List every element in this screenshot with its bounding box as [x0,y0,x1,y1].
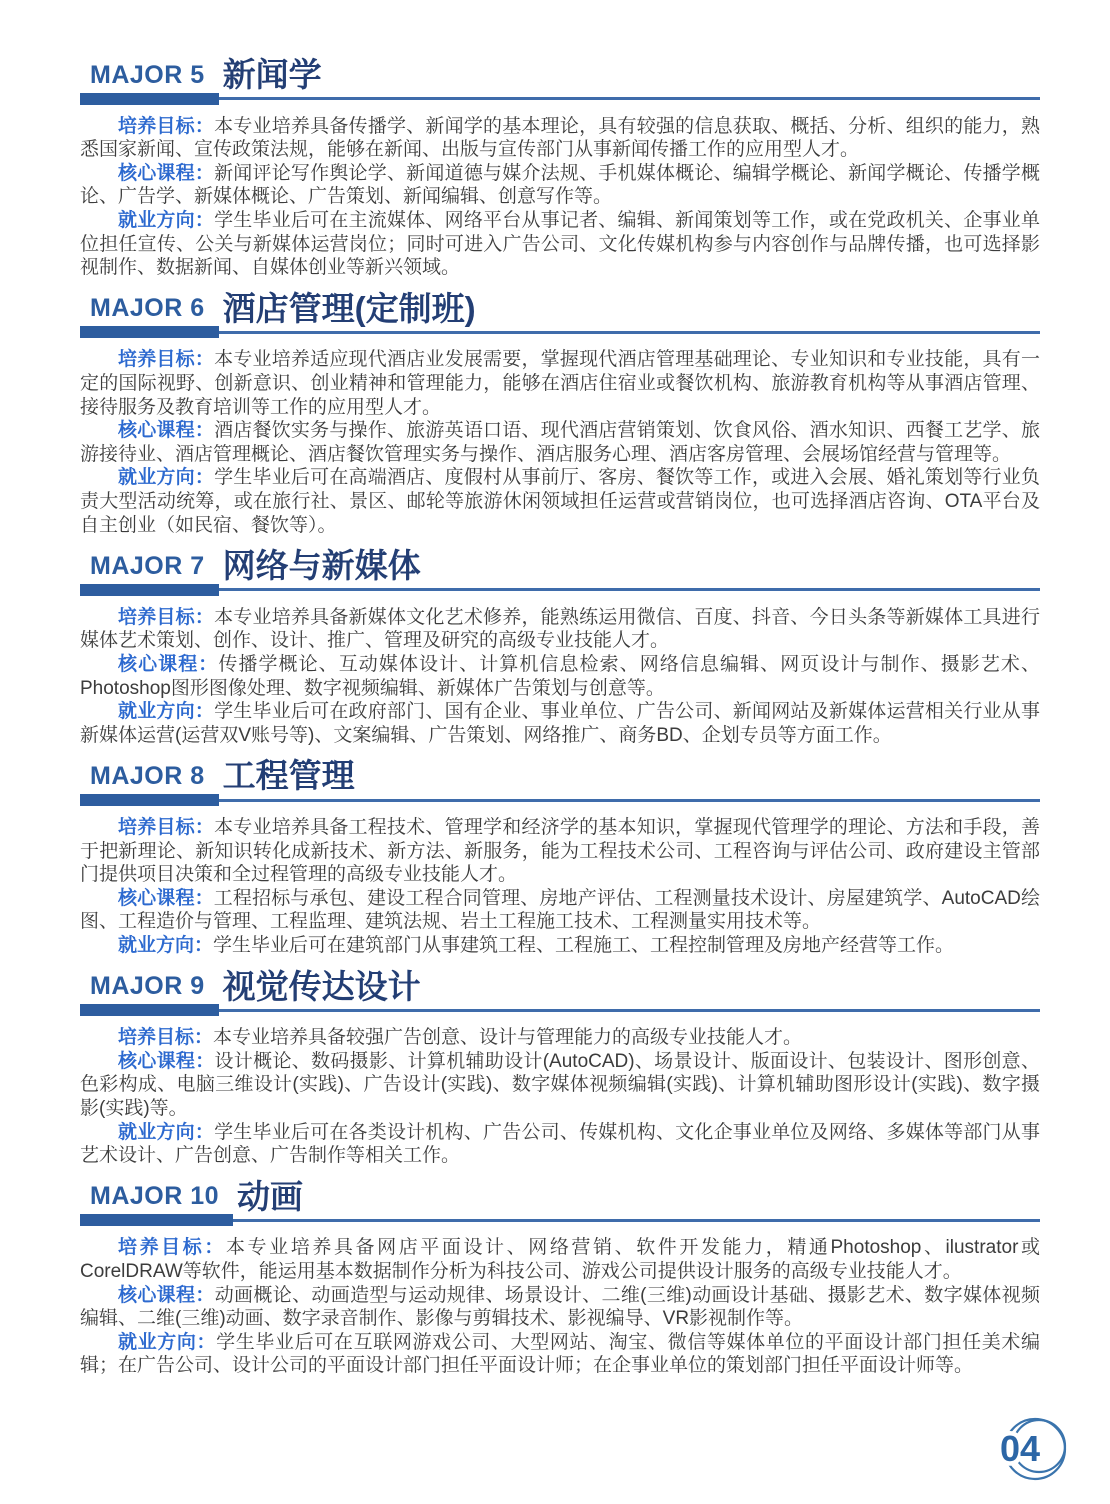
major-paragraph: 核心课程：传播学概论、互动媒体设计、计算机信息检索、网络信息编辑、网页设计与制作… [80,653,1040,700]
major-paragraphs: 培养目标：本专业培养具备网店平面设计、网络营销、软件开发能力，精通Photosh… [80,1236,1040,1378]
paragraph-text: 学生毕业后可在政府部门、国有企业、事业单位、广告公司、新闻网站及新媒体运营相关行… [80,701,1040,746]
major-paragraph: 培养目标：本专业培养具备工程技术、管理学和经济学的基本知识，掌握现代管理学的理论… [80,816,1040,887]
paragraph-text: 工程招标与承包、建设工程合同管理、房地产评估、工程测量技术设计、房屋建筑学、Au… [80,888,1040,933]
major-paragraph: 就业方向：学生毕业后可在建筑部门从事建筑工程、工程施工、工程控制管理及房地产经营… [80,934,1040,958]
paragraph-label: 就业方向： [118,1122,214,1143]
major-paragraphs: 培养目标：本专业培养适应现代酒店业发展需要，掌握现代酒店管理基础理论、专业知识和… [80,348,1040,537]
header-rule-line [219,588,1040,591]
header-accent-bar [80,1004,219,1016]
paragraph-label: 培养目标： [118,1027,213,1048]
header-accent-bar [80,326,219,338]
paragraph-text: 本专业培养具备新媒体文化艺术修养，能熟练运用微信、百度、抖音、今日头条等新媒体工… [80,607,1040,652]
paragraph-text: 学生毕业后可在互联网游戏公司、大型网站、淘宝、微信等媒体单位的平面设计部门担任美… [80,1332,1040,1377]
paragraph-text: 酒店餐饮实务与操作、旅游英语口语、现代酒店营销策划、饮食风俗、酒水知识、西餐工艺… [80,420,1040,465]
paragraph-text: 传播学概论、互动媒体设计、计算机信息检索、网络信息编辑、网页设计与制作、摄影艺术… [80,654,1040,699]
major-paragraphs: 培养目标：本专业培养具备较强广告创意、设计与管理能力的高级专业技能人才。 核心课… [80,1026,1040,1168]
paragraph-text: 本专业培养适应现代酒店业发展需要，掌握现代酒店管理基础理论、专业知识和专业技能，… [80,349,1040,417]
paragraph-label: 核心课程： [118,420,214,441]
major-number-label: MAJOR 9 [80,972,219,1004]
brochure-page: MAJOR 5 新闻学 培养目标：本专业培养具备传播学、新闻学的基本理论，具有较… [0,0,1110,1504]
major-paragraph: 就业方向：学生毕业后可在互联网游戏公司、大型网站、淘宝、微信等媒体单位的平面设计… [80,1331,1040,1378]
paragraph-text: 学生毕业后可在高端酒店、度假村从事前厅、客房、餐饮等工作，或进入会展、婚礼策划等… [80,467,1040,535]
header-accent-bar [80,93,219,105]
major-section: MAJOR 9 视觉传达设计 培养目标：本专业培养具备较强广告创意、设计与管理能… [80,970,1040,1168]
paragraph-label: 核心课程： [118,654,218,675]
major-section: MAJOR 10 动画 培养目标：本专业培养具备网店平面设计、网络营销、软件开发… [80,1180,1040,1378]
major-header: MAJOR 5 新闻学 [80,58,1040,105]
major-title: 动画 [233,1180,1040,1215]
page-number-badge: 04 [992,1410,1076,1490]
major-number-label: MAJOR 6 [80,294,219,326]
paragraph-label: 培养目标： [118,349,214,370]
major-paragraphs: 培养目标：本专业培养具备新媒体文化艺术修养，能熟练运用微信、百度、抖音、今日头条… [80,606,1040,748]
major-number-label: MAJOR 10 [80,1182,233,1214]
paragraph-label: 培养目标： [118,607,214,628]
page-number-ornament: 04 [992,1410,1076,1490]
paragraph-text: 本专业培养具备较强广告创意、设计与管理能力的高级专业技能人才。 [213,1027,802,1048]
paragraph-text: 学生毕业后可在各类设计机构、广告公司、传媒机构、文化企事业单位及网络、多媒体等部… [80,1122,1040,1167]
paragraph-text: 本专业培养具备传播学、新闻学的基本理论，具有较强的信息获取、概括、分析、组织的能… [80,116,1040,161]
major-paragraphs: 培养目标：本专业培养具备工程技术、管理学和经济学的基本知识，掌握现代管理学的理论… [80,816,1040,958]
paragraph-label: 培养目标： [118,817,214,838]
major-paragraph: 核心课程：工程招标与承包、建设工程合同管理、房地产评估、工程测量技术设计、房屋建… [80,887,1040,934]
majors-list: MAJOR 5 新闻学 培养目标：本专业培养具备传播学、新闻学的基本理论，具有较… [80,58,1040,1378]
header-rule-line [219,331,1040,334]
header-rule-line [219,799,1040,802]
major-section: MAJOR 5 新闻学 培养目标：本专业培养具备传播学、新闻学的基本理论，具有较… [80,58,1040,280]
major-paragraph: 培养目标：本专业培养具备新媒体文化艺术修养，能熟练运用微信、百度、抖音、今日头条… [80,606,1040,653]
major-paragraph: 就业方向：学生毕业后可在各类设计机构、广告公司、传媒机构、文化企事业单位及网络、… [80,1121,1040,1168]
paragraph-text: 学生毕业后可在主流媒体、网络平台从事记者、编辑、新闻策划等工作，或在党政机关、企… [80,210,1040,278]
major-header: MAJOR 7 网络与新媒体 [80,549,1040,596]
major-title: 酒店管理(定制班) [219,292,1040,327]
paragraph-text: 动画概论、动画造型与运动规律、场景设计、二维(三维)动画设计基础、摄影艺术、数字… [80,1285,1040,1330]
paragraph-text: 学生毕业后可在建筑部门从事建筑工程、工程施工、工程控制管理及房地产经营等工作。 [213,935,954,956]
paragraph-label: 就业方向： [118,210,214,231]
header-rule-line [233,1219,1040,1222]
major-paragraph: 培养目标：本专业培养具备网店平面设计、网络营销、软件开发能力，精通Photosh… [80,1236,1040,1283]
paragraph-label: 核心课程： [118,1285,215,1306]
major-paragraph: 就业方向：学生毕业后可在高端酒店、度假村从事前厅、客房、餐饮等工作，或进入会展、… [80,466,1040,537]
paragraph-label: 核心课程： [118,163,214,184]
paragraph-label: 就业方向： [118,935,213,956]
major-number-label: MAJOR 8 [80,762,219,794]
major-paragraph: 核心课程：设计概论、数码摄影、计算机辅助设计(AutoCAD)、场景设计、版面设… [80,1050,1040,1121]
major-section: MAJOR 7 网络与新媒体 培养目标：本专业培养具备新媒体文化艺术修养，能熟练… [80,549,1040,747]
major-section: MAJOR 8 工程管理 培养目标：本专业培养具备工程技术、管理学和经济学的基本… [80,759,1040,957]
header-accent-bar [80,1214,233,1226]
paragraph-text: 本专业培养具备工程技术、管理学和经济学的基本知识，掌握现代管理学的理论、方法和手… [80,817,1040,885]
paragraph-label: 核心课程： [118,1051,215,1072]
major-title: 网络与新媒体 [219,549,1040,584]
major-header: MAJOR 10 动画 [80,1180,1040,1227]
major-paragraph: 核心课程：酒店餐饮实务与操作、旅游英语口语、现代酒店营销策划、饮食风俗、酒水知识… [80,419,1040,466]
header-accent-bar [80,584,219,596]
major-paragraph: 核心课程：动画概论、动画造型与运动规律、场景设计、二维(三维)动画设计基础、摄影… [80,1284,1040,1331]
major-paragraph: 培养目标：本专业培养适应现代酒店业发展需要，掌握现代酒店管理基础理论、专业知识和… [80,348,1040,419]
major-paragraph: 就业方向：学生毕业后可在主流媒体、网络平台从事记者、编辑、新闻策划等工作，或在党… [80,209,1040,280]
major-number-label: MAJOR 7 [80,552,219,584]
paragraph-text: 设计概论、数码摄影、计算机辅助设计(AutoCAD)、场景设计、版面设计、包装设… [80,1051,1040,1119]
header-rule-line [219,97,1040,100]
major-header: MAJOR 9 视觉传达设计 [80,970,1040,1017]
paragraph-label: 核心课程： [118,888,214,909]
major-number-label: MAJOR 5 [80,61,219,93]
page-number: 04 [1000,1428,1040,1469]
paragraph-label: 就业方向： [118,1332,216,1353]
major-paragraph: 培养目标：本专业培养具备传播学、新闻学的基本理论，具有较强的信息获取、概括、分析… [80,115,1040,162]
major-title: 新闻学 [219,58,1040,93]
header-rule-line [219,1009,1040,1012]
paragraph-label: 培养目标： [118,1237,226,1258]
paragraph-label: 培养目标： [118,116,214,137]
paragraph-label: 就业方向： [118,701,214,722]
major-paragraphs: 培养目标：本专业培养具备传播学、新闻学的基本理论，具有较强的信息获取、概括、分析… [80,115,1040,280]
major-paragraph: 培养目标：本专业培养具备较强广告创意、设计与管理能力的高级专业技能人才。 [80,1026,1040,1050]
header-accent-bar [80,794,219,806]
major-section: MAJOR 6 酒店管理(定制班) 培养目标：本专业培养适应现代酒店业发展需要，… [80,292,1040,537]
major-header: MAJOR 8 工程管理 [80,759,1040,806]
paragraph-label: 就业方向： [118,467,214,488]
paragraph-text: 新闻评论写作舆论学、新闻道德与媒介法规、手机媒体概论、编辑学概论、新闻学概论、传… [80,163,1040,208]
major-paragraph: 就业方向：学生毕业后可在政府部门、国有企业、事业单位、广告公司、新闻网站及新媒体… [80,700,1040,747]
major-header: MAJOR 6 酒店管理(定制班) [80,292,1040,339]
major-title: 视觉传达设计 [219,970,1040,1005]
major-title: 工程管理 [219,759,1040,794]
major-paragraph: 核心课程：新闻评论写作舆论学、新闻道德与媒介法规、手机媒体概论、编辑学概论、新闻… [80,162,1040,209]
